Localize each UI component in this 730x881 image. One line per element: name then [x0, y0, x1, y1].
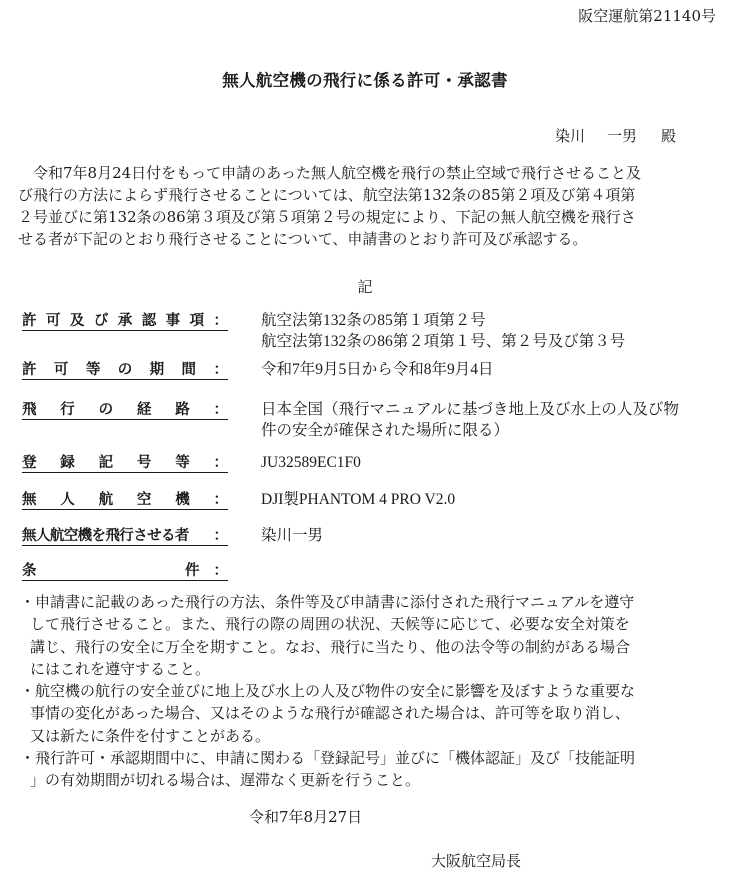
label-char: 経	[137, 402, 152, 419]
label-char: 件	[185, 563, 200, 580]
condition-line: 事情の変化があった場合、又はそのような飛行が確認された場合は、許可等を取り消し、	[30, 702, 635, 724]
ki-heading: 記	[0, 276, 730, 297]
value-line: 染川一男	[261, 525, 323, 546]
label-char: ：	[214, 563, 229, 580]
label-char: 無人航空機を飛行させる者	[22, 528, 189, 545]
label-char: ：	[213, 402, 228, 419]
condition-line: ・申請書に記載のあった飛行の方法、条件等及び申請書に添付された飛行マニュアルを遵…	[20, 591, 635, 613]
label-char: 航	[99, 492, 114, 509]
label-char: 無	[22, 492, 37, 509]
label-char: 機	[175, 492, 190, 509]
label-char: 登	[22, 455, 37, 472]
value-line: 令和7年9月5日から令和8年9月4日	[261, 359, 494, 380]
conditions-list: ・申請書に記載のあった飛行の方法、条件等及び申請書に添付された飛行マニュアルを遵…	[30, 591, 635, 792]
label-char: 飛	[22, 402, 37, 419]
label-char: 事	[166, 313, 181, 330]
label-char: 号	[137, 455, 152, 472]
label-char: 行	[60, 402, 75, 419]
addressee-surname: 染川	[555, 125, 585, 146]
value-line: 航空法第132条の86第２項第１号、第２号及び第３号	[261, 331, 625, 352]
label-char: 録	[60, 455, 75, 472]
label-char: び	[94, 313, 109, 330]
value-line: 航空法第132条の85第１項第２号	[261, 310, 625, 331]
intro-line: ２号並びに第132条の86第３項及び第５項第２号の規定により、下記の無人航空機を…	[18, 206, 718, 228]
value-aircraft: DJI製PHANTOM 4 PRO V2.0	[261, 489, 455, 510]
label-aircraft: 無 人 航 空 機 ：	[22, 492, 228, 510]
label-char: 項	[190, 313, 205, 330]
condition-line: 又は新たに条件を付すことがある。	[30, 725, 635, 747]
value-line: JU32589EC1F0	[261, 452, 361, 473]
label-char: 期	[150, 362, 165, 379]
condition-line: して飛行させること。また、飛行の際の周囲の状況、天候等に応じて、必要な安全対策を	[30, 613, 635, 635]
label-char: 許	[22, 313, 37, 330]
label-char: 等	[86, 362, 101, 379]
value-registration-number: JU32589EC1F0	[261, 452, 361, 473]
label-char: 可	[46, 313, 61, 330]
addressee: 染川一男殿	[555, 125, 676, 146]
label-char: 路	[175, 402, 190, 419]
label-permission-items: 許 可 及 び 承 認 事 項 ：	[22, 313, 228, 331]
label-char: ：	[214, 313, 229, 330]
intro-line: せる者が下記のとおり飛行させることについて、申請書のとおり許可及び承認する。	[18, 228, 718, 250]
label-char: の	[99, 402, 114, 419]
document-title: 無人航空機の飛行に係る許可・承認書	[0, 67, 730, 91]
value-operator: 染川一男	[261, 525, 323, 546]
document-number: 阪空運航第21140号	[578, 5, 716, 26]
issue-date: 令和7年8月27日	[249, 806, 362, 827]
label-char: 承	[118, 313, 133, 330]
condition-line: にはこれを遵守すること。	[30, 658, 635, 680]
label-operator: 無人航空機を飛行させる者 ：	[22, 528, 228, 546]
label-char: ：	[213, 455, 228, 472]
label-char: ：	[213, 492, 228, 509]
label-char: ：	[214, 528, 229, 545]
addressee-honorific: 殿	[661, 125, 676, 146]
condition-line: 講じ、飛行の安全に万全を期すこと。なお、飛行に当たり、他の法令等の制約がある場合	[30, 636, 635, 658]
label-char: 記	[99, 455, 114, 472]
condition-item: ・申請書に記載のあった飛行の方法、条件等及び申請書に添付された飛行マニュアルを遵…	[30, 591, 635, 680]
condition-line: ・飛行許可・承認期間中に、申請に関わる「登録記号」並びに「機体認証」及び「技能証…	[20, 747, 635, 769]
intro-line: び飛行の方法によらず飛行させることについては、航空法第132条の85第２項及び第…	[18, 184, 718, 206]
label-char: 可	[54, 362, 69, 379]
intro-line: 令和7年8月24日付をもって申請のあった無人航空機を飛行の禁止空域で飛行させるこ…	[18, 162, 718, 184]
label-flight-route: 飛 行 の 経 路 ：	[22, 402, 228, 420]
label-char: 条	[22, 563, 37, 580]
label-char: の	[118, 362, 133, 379]
value-flight-route: 日本全国（飛行マニュアルに基づき地上及び水上の人及び物 件の安全が確保された場所…	[261, 399, 679, 441]
label-char: 認	[142, 313, 157, 330]
value-line: 件の安全が確保された場所に限る）	[261, 420, 679, 441]
label-conditions: 条 件 ：	[22, 563, 228, 581]
label-char: ：	[213, 362, 228, 379]
label-char: 許	[22, 362, 37, 379]
issuer: 大阪航空局長	[431, 850, 521, 871]
addressee-given-name: 一男	[607, 125, 637, 146]
intro-paragraph: 令和7年8月24日付をもって申請のあった無人航空機を飛行の禁止空域で飛行させるこ…	[18, 162, 718, 250]
condition-item: ・航空機の航行の安全並びに地上及び水上の人及び物件の安全に影響を及ぼすような重要…	[30, 680, 635, 747]
condition-item: ・飛行許可・承認期間中に、申請に関わる「登録記号」並びに「機体認証」及び「技能証…	[30, 747, 635, 792]
label-char: 人	[60, 492, 75, 509]
value-line: 日本全国（飛行マニュアルに基づき地上及び水上の人及び物	[261, 399, 679, 420]
value-permission-items: 航空法第132条の85第１項第２号 航空法第132条の86第２項第１号、第２号及…	[261, 310, 625, 352]
condition-line: 」の有効期間が切れる場合は、遅滞なく更新を行うこと。	[30, 769, 635, 791]
label-permission-period: 許 可 等 の 期 間 ：	[22, 362, 228, 380]
label-char: 等	[175, 455, 190, 472]
label-char: 及	[70, 313, 85, 330]
label-char: 間	[182, 362, 197, 379]
value-permission-period: 令和7年9月5日から令和8年9月4日	[261, 359, 494, 380]
condition-line: ・航空機の航行の安全並びに地上及び水上の人及び物件の安全に影響を及ぼすような重要…	[20, 680, 635, 702]
value-line: DJI製PHANTOM 4 PRO V2.0	[261, 489, 455, 510]
label-registration-number: 登 録 記 号 等 ：	[22, 455, 228, 473]
label-char: 空	[137, 492, 152, 509]
